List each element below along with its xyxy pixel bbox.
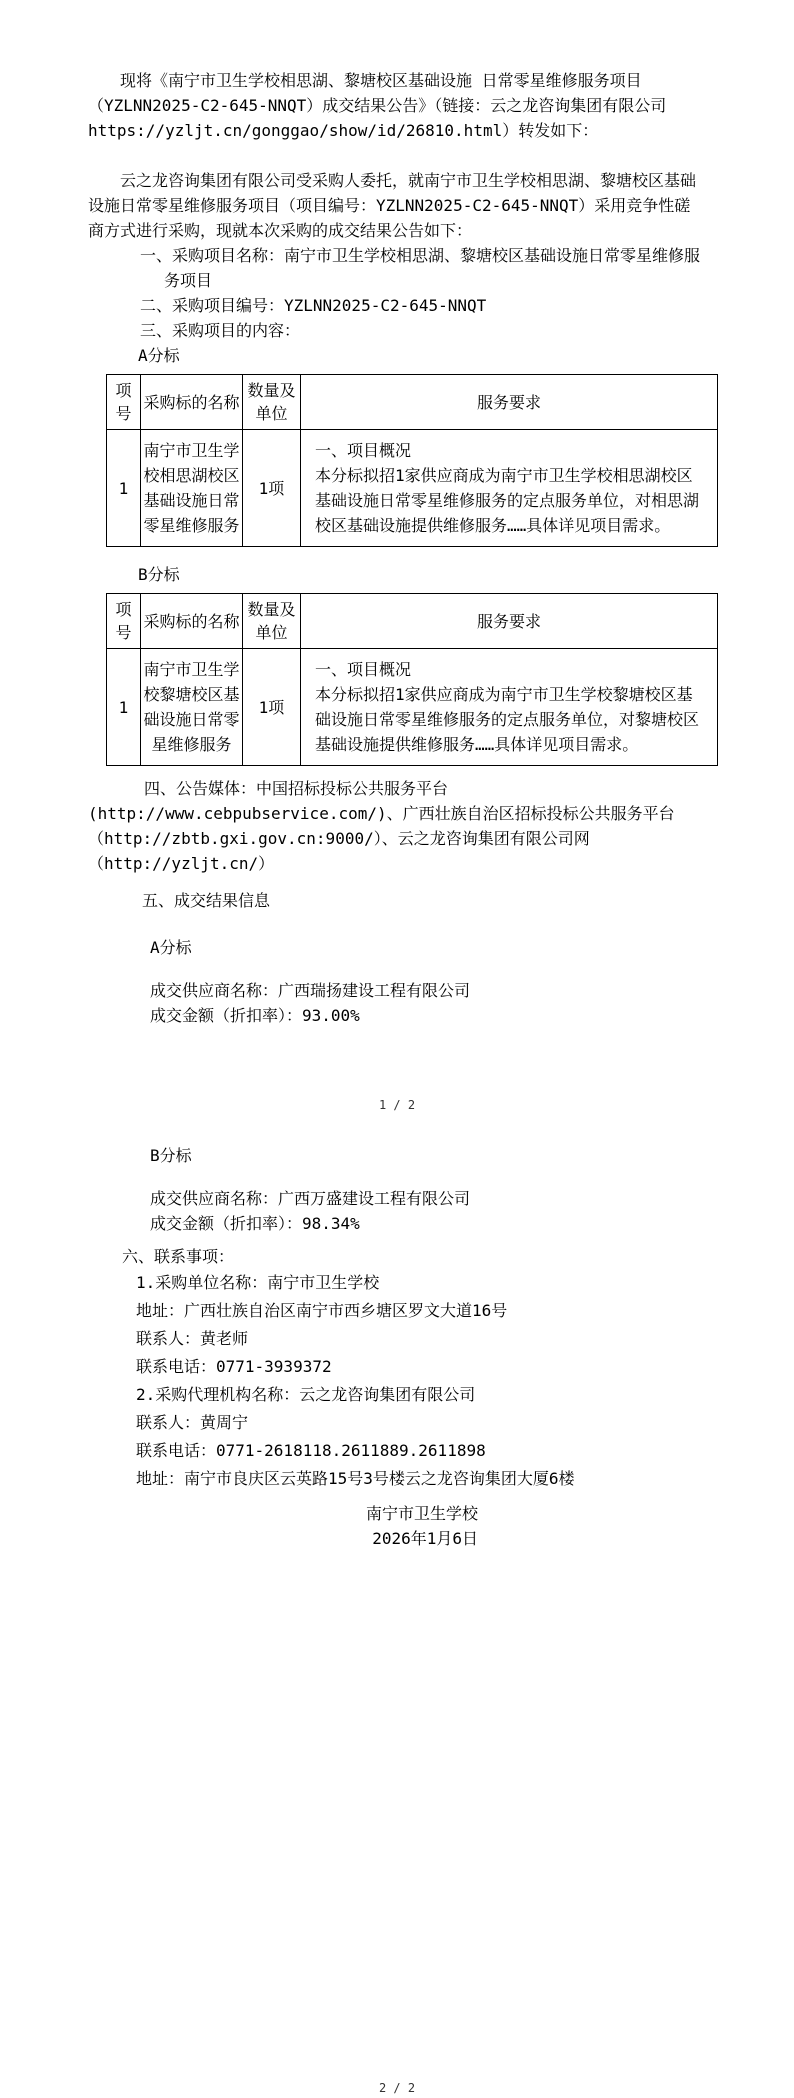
document-page: 现将《南宁市卫生学校相思湖、黎塘校区基础设施 日常零星维修服务项目（YZLNN2…	[0, 0, 794, 2095]
contact-purchaser-address: 地址：广西壮族自治区南宁市西乡塘区罗文大道16号	[136, 1297, 706, 1325]
lot-b-service-req: 一、项目概况 本分标拟招1家供应商成为南宁市卫生学校黎塘校区基础设施日常零星维修…	[301, 649, 718, 766]
item-project-code: 二、采购项目编号：YZLNN2025-C2-645-NNQT	[140, 293, 706, 318]
lot-b-label: B分标	[138, 562, 706, 587]
contact-agency-person: 联系人：黄周宁	[136, 1409, 706, 1437]
forward-paragraph: 现将《南宁市卫生学校相思湖、黎塘校区基础设施 日常零星维修服务项目（YZLNN2…	[88, 68, 706, 143]
col-header-item-no: 项号	[107, 375, 141, 430]
col-header-subject-name: 采购标的名称	[141, 375, 243, 430]
lot-a-label: A分标	[138, 343, 706, 368]
lot-b-table: 项号 采购标的名称 数量及单位 服务要求 1 南宁市卫生学校黎塘校区基础设施日常…	[106, 593, 718, 766]
lot-b-data-row: 1 南宁市卫生学校黎塘校区基础设施日常零星维修服务 1项 一、项目概况 本分标拟…	[107, 649, 718, 766]
lot-a-data-row: 1 南宁市卫生学校相思湖校区基础设施日常零星维修服务 1项 一、项目概况 本分标…	[107, 430, 718, 547]
lot-a-qty-unit: 1项	[243, 430, 301, 547]
contact-purchaser-name: 1.采购单位名称：南宁市卫生学校	[136, 1269, 706, 1297]
contact-agency-phone: 联系电话：0771-2618118.2611889.2611898	[136, 1437, 706, 1465]
signature-org: 南宁市卫生学校	[88, 1501, 478, 1526]
page-number-1: 1 / 2	[88, 1098, 706, 1112]
signature-block: 南宁市卫生学校 2026年1月6日	[88, 1501, 706, 1551]
col-header-qty-unit: 数量及单位	[243, 594, 301, 649]
contact-heading: 六、联系事项：	[122, 1244, 706, 1269]
col-header-qty-unit: 数量及单位	[243, 375, 301, 430]
page-number-2: 2 / 2	[88, 2081, 706, 2095]
lot-b-item-no: 1	[107, 649, 141, 766]
result-b-label: B分标	[150, 1143, 706, 1168]
result-b-supplier: 成交供应商名称：广西万盛建设工程有限公司	[150, 1186, 706, 1211]
contact-purchaser-person: 联系人：黄老师	[136, 1325, 706, 1353]
lot-a-header-row: 项号 采购标的名称 数量及单位 服务要求	[107, 375, 718, 430]
contact-agency-address: 地址：南宁市良庆区云英路15号3号楼云之龙咨询集团大厦6楼	[136, 1465, 706, 1493]
signature-date: 2026年1月6日	[88, 1526, 478, 1551]
lot-a-subject-name: 南宁市卫生学校相思湖校区基础设施日常零星维修服务	[141, 430, 243, 547]
blank-area	[88, 1551, 706, 2081]
lot-b-qty-unit: 1项	[243, 649, 301, 766]
lot-a-service-req: 一、项目概况 本分标拟招1家供应商成为南宁市卫生学校相思湖校区基础设施日常零星维…	[301, 430, 718, 547]
col-header-service-req: 服务要求	[301, 375, 718, 430]
col-header-item-no: 项号	[107, 594, 141, 649]
result-a-amount: 成交金额（折扣率）：93.00%	[150, 1003, 706, 1028]
results-heading: 五、成交结果信息	[142, 888, 706, 913]
lot-a-item-no: 1	[107, 430, 141, 547]
contact-purchaser-phone: 联系电话：0771-3939372	[136, 1353, 706, 1381]
lot-a-table: 项号 采购标的名称 数量及单位 服务要求 1 南宁市卫生学校相思湖校区基础设施日…	[106, 374, 718, 547]
contact-agency-name: 2.采购代理机构名称：云之龙咨询集团有限公司	[136, 1381, 706, 1409]
result-a-label: A分标	[150, 935, 706, 960]
col-header-subject-name: 采购标的名称	[141, 594, 243, 649]
media-paragraph: 四、公告媒体：中国招标投标公共服务平台(http://www.cebpubser…	[88, 776, 706, 876]
item-project-content: 三、采购项目的内容：	[140, 318, 706, 343]
col-header-service-req: 服务要求	[301, 594, 718, 649]
item-project-name: 一、采购项目名称：南宁市卫生学校相思湖、黎塘校区基础设施日常零星维修服务项目	[88, 243, 706, 293]
lot-b-header-row: 项号 采购标的名称 数量及单位 服务要求	[107, 594, 718, 649]
lot-b-subject-name: 南宁市卫生学校黎塘校区基础设施日常零星维修服务	[141, 649, 243, 766]
result-a-supplier: 成交供应商名称：广西瑞扬建设工程有限公司	[150, 978, 706, 1003]
result-b-amount: 成交金额（折扣率）：98.34%	[150, 1211, 706, 1236]
entrust-paragraph: 云之龙咨询集团有限公司受采购人委托，就南宁市卫生学校相思湖、黎塘校区基础设施日常…	[88, 168, 706, 243]
